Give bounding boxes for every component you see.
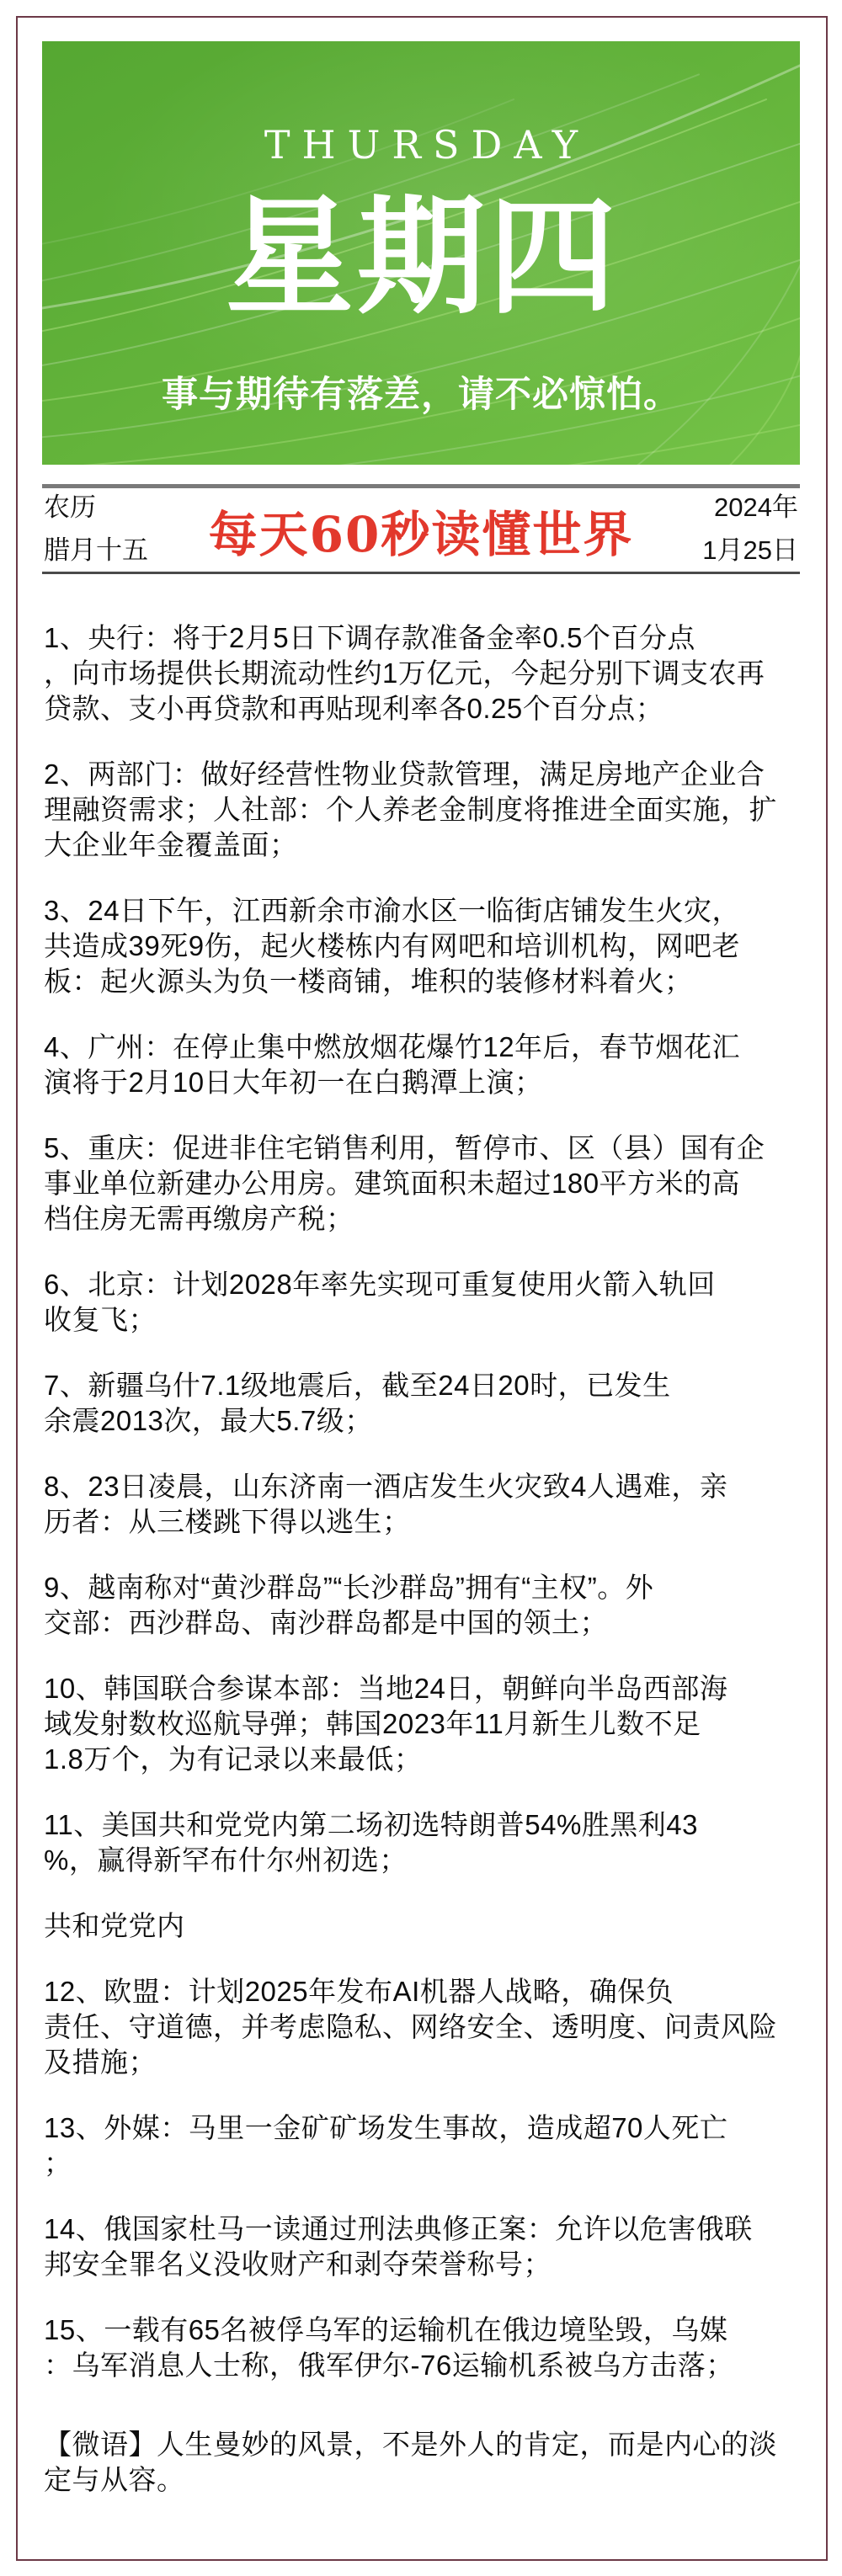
date-label: 1月25日 <box>702 536 798 565</box>
news-item: 13、外媒：马里一金矿矿场发生事故，造成超70人死亡 ； <box>44 2110 808 2181</box>
news-item: 4、广州：在停止集中燃放烟花爆竹12年后，春节烟花汇 演将于2月10日大年初一在… <box>44 1030 808 1100</box>
news-item: 14、俄国家杜马一读通过刑法典修正案：允许以危害俄联 邦安全罪名义没收财产和剥夺… <box>44 2211 808 2282</box>
news-item: 11、美国共和党党内第二场初选特朗普54%胜黑利43 %，赢得新罕布什尔州初选； <box>44 1807 808 1878</box>
news-item: 10、韩国联合参谋本部：当地24日，朝鲜向半岛西部海 域发射数枚巡航导弹；韩国2… <box>44 1671 808 1777</box>
hero-card: THURSDAY 星期四 事与期待有落差，请不必惊怕。 <box>42 41 800 465</box>
page-title: 每天60秒读懂世界 <box>42 488 800 572</box>
news-item: 共和党党内 <box>44 1908 808 1944</box>
news-item: 15、一载有65名被俘乌军的运输机在俄边境坠毁，乌媒 ：乌军消息人士称，俄军伊尔… <box>44 2313 808 2383</box>
news-item: 5、重庆：促进非住宅销售利用，暂停市、区（县）国有企 事业单位新建办公用房。建筑… <box>44 1131 808 1237</box>
weekday-chinese-title: 星期四 <box>42 189 800 324</box>
weekday-english-label: THURSDAY <box>42 122 800 168</box>
gregorian-column: 2024年 1月25日 <box>702 488 798 572</box>
news-item: 6、北京：计划2028年率先实现可重复使用火箭入轨回 收复飞； <box>44 1267 808 1338</box>
hero-quote: 事与期待有落差，请不必惊怕。 <box>42 366 800 418</box>
news-item: 3、24日下午，江西新余市渝水区一临街店铺发生火灾， 共造成39死9伤，起火楼栋… <box>44 893 808 999</box>
news-item: 7、新疆乌什7.1级地震后，截至24日20时，已发生 余震2013次，最大5.7… <box>44 1368 808 1439</box>
weiyu-note: 【微语】人生曼妙的风景，不是外人的肯定，而是内心的淡 定与从容。 <box>44 2427 808 2498</box>
news-item: 2、两部门：做好经营性物业贷款管理，满足房地产企业合 理融资需求；人社部：个人养… <box>44 757 808 863</box>
news-item: 12、欧盟：计划2025年发布AI机器人战略，确保负 责任、守道德，并考虑隐私、… <box>44 1974 808 2080</box>
news-list: 1、央行：将于2月5日下调存款准备金率0.5个百分点 ，向市场提供长期流动性约1… <box>44 620 808 2383</box>
daily-news-poster: THURSDAY 星期四 事与期待有落差，请不必惊怕。 农历 腊月十五 每天60… <box>0 0 842 2576</box>
date-header: 农历 腊月十五 每天60秒读懂世界 2024年 1月25日 <box>42 484 800 574</box>
year-label: 2024年 <box>702 493 798 522</box>
news-item: 1、央行：将于2月5日下调存款准备金率0.5个百分点 ，向市场提供长期流动性约1… <box>44 620 808 726</box>
news-item: 9、越南称对“黄沙群岛”“长沙群岛”拥有“主权”。外 交部：西沙群岛、南沙群岛都… <box>44 1570 808 1641</box>
header-divider-bottom <box>42 572 800 574</box>
news-item: 8、23日凌晨，山东济南一酒店发生火灾致4人遇难，亲 历者：从三楼跳下得以逃生； <box>44 1469 808 1540</box>
